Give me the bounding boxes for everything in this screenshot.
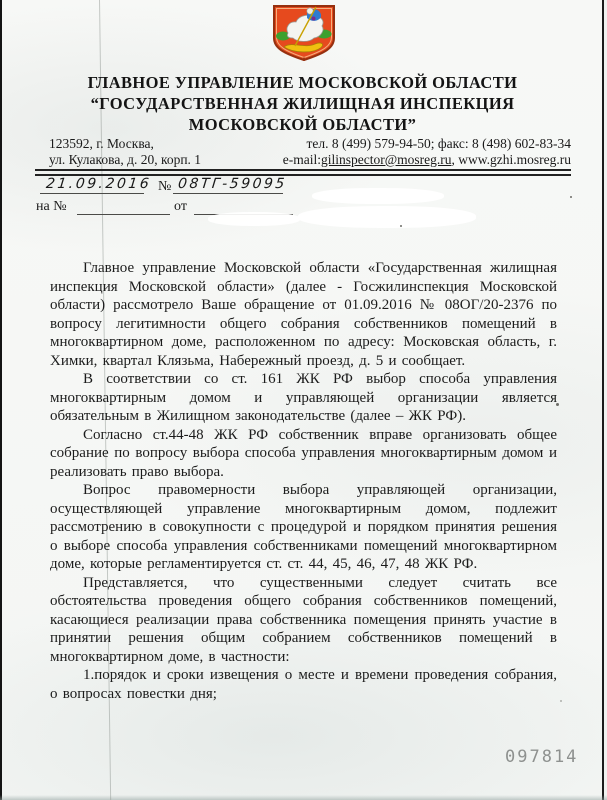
whiteout-patch <box>208 212 300 226</box>
coat-of-arms-icon <box>271 4 337 62</box>
outgoing-date-handwritten: 21.09.2016 <box>45 176 152 192</box>
outgoing-number-handwritten: 08ТГ-59095 <box>177 176 287 192</box>
number-underline <box>173 192 283 194</box>
letter-body: Главное управление Московской области «Г… <box>50 259 557 703</box>
email-label: e-mail: <box>283 152 321 167</box>
reply-number-underline <box>77 213 170 215</box>
postal-address: 123592, г. Москва, ул. Кулакова, д. 20, … <box>49 136 201 167</box>
body-paragraph: Главное управление Московской области «Г… <box>50 259 557 370</box>
address-line1: 123592, г. Москва, <box>49 136 201 152</box>
number-sign: № <box>158 179 171 195</box>
body-paragraph: Согласно ст.44-48 ЖК РФ собственник впра… <box>50 426 557 482</box>
email-web-line: e-mail:gilinspector@mosreg.ru, www.gzhi.… <box>283 152 571 168</box>
reply-to-label: на № <box>36 199 67 215</box>
phone-fax-line: тел. 8 (499) 579-94-50; факс: 8 (498) 60… <box>283 136 571 152</box>
whiteout-patch <box>298 206 476 228</box>
whiteout-patch <box>312 188 444 204</box>
form-serial-number: 097814 <box>505 747 578 767</box>
body-paragraph: Вопрос правомерности выбора управляющей … <box>50 481 557 574</box>
header-divider-rule <box>35 169 571 176</box>
address-line2: ул. Кулакова, д. 20, корп. 1 <box>49 152 201 168</box>
scanned-letter-page: ГЛАВНОЕ УПРАВЛЕНИЕ МОСКОВСКОЙ ОБЛАСТИ “Г… <box>0 0 607 800</box>
date-underline <box>40 192 144 194</box>
scan-speck <box>560 700 562 702</box>
scan-speck <box>400 225 402 227</box>
scan-edge-bottom <box>0 795 607 800</box>
phone-email-block: тел. 8 (499) 579-94-50; факс: 8 (498) 60… <box>283 136 571 167</box>
body-paragraph: Представляется, что существенными следуе… <box>50 574 557 667</box>
reply-from-label: от <box>174 199 187 215</box>
website-address: , www.gzhi.mosreg.ru <box>452 152 571 167</box>
org-title-line1: ГЛАВНОЕ УПРАВЛЕНИЕ МОСКОВСКОЙ ОБЛАСТИ <box>0 72 605 93</box>
body-paragraph: В соответствии со ст. 161 ЖК РФ выбор сп… <box>50 370 557 426</box>
email-address: gilinspector@mosreg.ru <box>321 152 452 167</box>
body-paragraph: 1.порядок и сроки извещения о месте и вр… <box>50 666 557 703</box>
scan-speck <box>570 196 572 198</box>
org-title-line2: “ГОСУДАРСТВЕННАЯ ЖИЛИЩНАЯ ИНСПЕКЦИЯ <box>0 93 605 114</box>
org-title: ГЛАВНОЕ УПРАВЛЕНИЕ МОСКОВСКОЙ ОБЛАСТИ “Г… <box>0 72 605 135</box>
org-title-line3: МОСКОВСКОЙ ОБЛАСТИ” <box>0 114 605 135</box>
scan-speck <box>556 403 559 406</box>
